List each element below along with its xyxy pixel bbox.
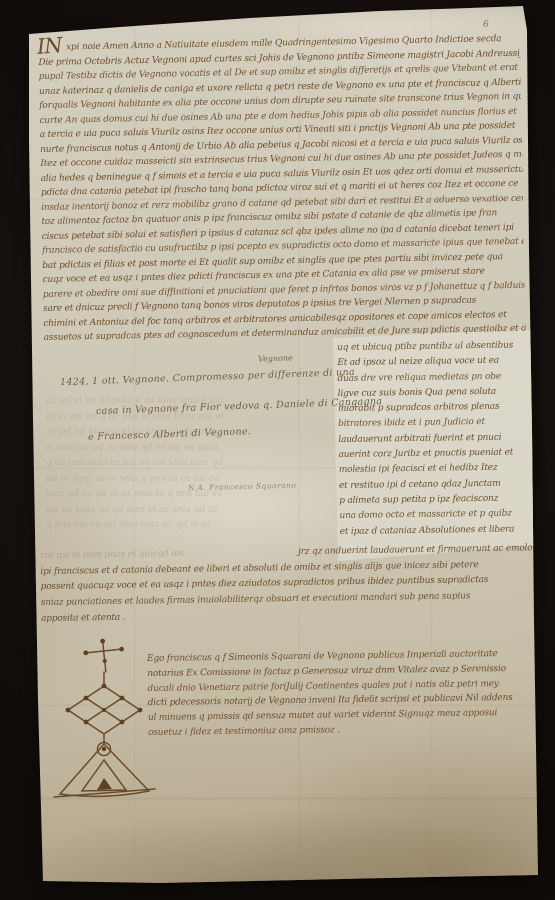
text-line: uq et ubicuq ptibz puntibz ul absentibus bbox=[337, 338, 520, 356]
slip-text-column: uq et ubicuq ptibz puntibz ul absentibus… bbox=[337, 338, 523, 539]
text-line: osi ea puta uz qd ianz ei oz snia pd to bbox=[46, 503, 324, 519]
show-through-text: uz qd ei no oz puta e qd ianz snia e uia… bbox=[46, 394, 324, 534]
lower-text-lines: ipi franciscus et d catania debeant ee l… bbox=[40, 557, 535, 628]
text-line: duas dre vre reliqua medietas pn obe bbox=[337, 369, 520, 387]
lower-text-block: roz ipz ni ptes pnas et quicqd ius jrz q… bbox=[40, 541, 535, 627]
parchment-document: uz qd ei no oz puta e qd ianz snia e uia… bbox=[0, 0, 555, 900]
notary-subscription-block: Ego franciscus q f Simeonis Squarani de … bbox=[147, 647, 524, 741]
corner-mark: 6 bbox=[483, 20, 489, 30]
text-line: bitratores ibidz et i pun Judicio et bbox=[338, 415, 521, 433]
text-line: et ipaz d cataniaz Absolutiones et liber… bbox=[340, 522, 523, 540]
photo-background: uz qd ei no oz puta e qd ianz snia e uia… bbox=[0, 0, 555, 900]
main-text-block: xpi noie Amen Anno a Natiuitate eiusdem … bbox=[38, 32, 526, 346]
text-line: q pns uia es osi snia ianz uz qd ei oz bbox=[46, 518, 324, 534]
archival-place-word: Vegnone bbox=[258, 353, 293, 363]
text-line: q uz pns ei to oz uia es osi snia ianz q… bbox=[46, 456, 324, 472]
parchment-wrapper: uz qd ei no oz puta e qd ianz snia e uia… bbox=[0, 0, 555, 900]
notary-signum-icon bbox=[52, 638, 157, 798]
text-line: molestia ipi feacisci et ei hedibz Itez bbox=[339, 461, 522, 479]
archival-annotation-line: 1424, 1 ott. Vegnone. Compromesso per di… bbox=[60, 367, 355, 388]
